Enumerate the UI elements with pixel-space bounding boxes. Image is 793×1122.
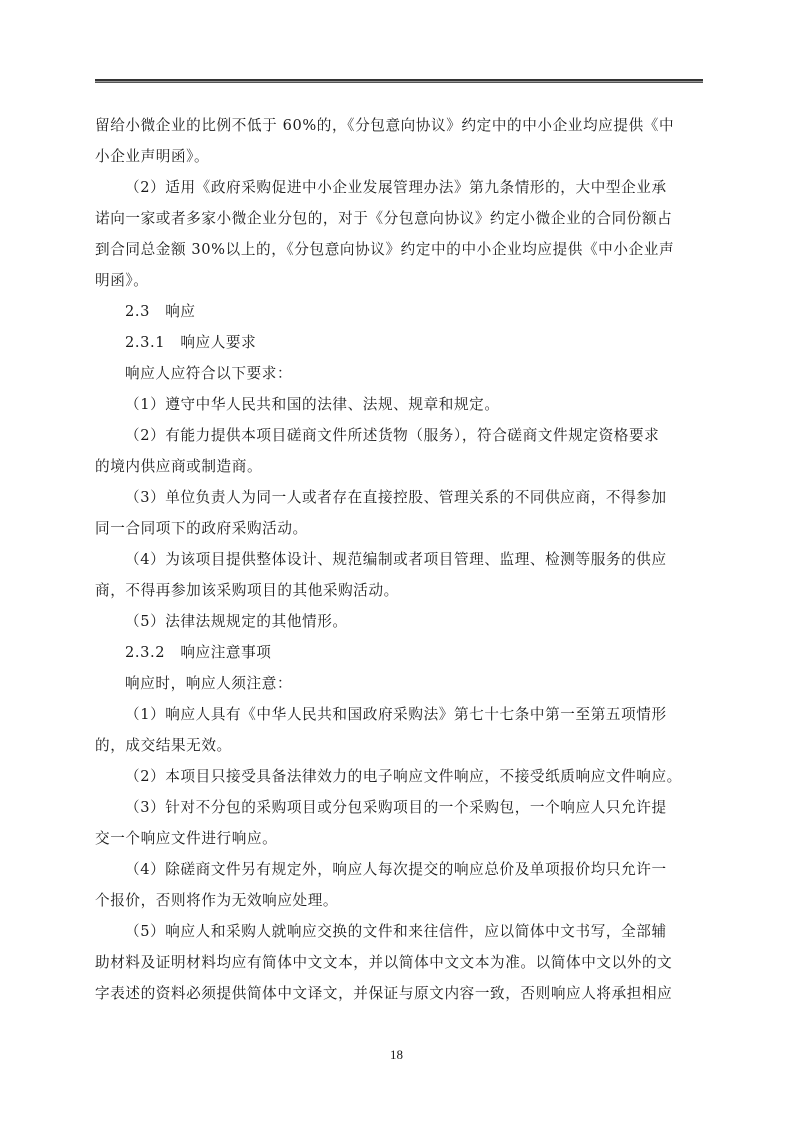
text-line: 诺向一家或者多家小微企业分包的，对于《分包意向协议》约定小微企业的合同份额占 [95,203,703,234]
text-line: 个报价，否则将作为无效响应处理。 [95,885,703,916]
list-item: （3）单位负责人为同一人或者存在直接控股、管理关系的不同供应商，不得参加 [95,482,703,513]
text-line: 响应人应符合以下要求： [95,358,703,389]
list-item: （1）遵守中华人民共和国的法律、法规、规章和规定。 [95,389,703,420]
list-item: （1）响应人具有《中华人民共和国政府采购法》第七十七条中第一至第五项情形 [95,699,703,730]
text-line: 字表述的资料必须提供简体中文译文，并保证与原文内容一致，否则响应人将承担相应 [95,978,703,1009]
list-item: （2）本项目只接受具备法律效力的电子响应文件响应，不接受纸质响应文件响应。 [95,761,703,792]
text-line: 助材料及证明材料均应有简体中文文本，并以简体中文文本为准。以简体中文以外的文 [95,947,703,978]
header-rule [95,79,703,83]
section-heading-2-3-1: 2.3.1 响应人要求 [95,327,703,358]
text-line: 商，不得再参加该采购项目的其他采购活动。 [95,575,703,606]
text-line: 留给小微企业的比例不低于 60%的，《分包意向协议》约定中的中小企业均应提供《中 [95,110,703,141]
list-item: （2）有能力提供本项目磋商文件所述货物（服务），符合磋商文件规定资格要求 [95,420,703,451]
text-line: 明函》。 [95,265,703,296]
list-item: （4）为该项目提供整体设计、规范编制或者项目管理、监理、检测等服务的供应 [95,544,703,575]
document-body: 留给小微企业的比例不低于 60%的，《分包意向协议》约定中的中小企业均应提供《中… [95,110,703,1009]
section-heading-2-3-2: 2.3.2 响应注意事项 [95,637,703,668]
text-line: 响应时，响应人须注意： [95,668,703,699]
paragraph-item-2: （2）适用《政府采购促进中小企业发展管理办法》第九条情形的，大中型企业承 [95,172,703,203]
text-line: 同一合同项下的政府采购活动。 [95,513,703,544]
text-line: 交一个响应文件进行响应。 [95,823,703,854]
list-item: （5）法律法规规定的其他情形。 [95,606,703,637]
text-line: 的，成交结果无效。 [95,730,703,761]
text-line: 的境内供应商或制造商。 [95,451,703,482]
list-item: （4）除磋商文件另有规定外，响应人每次提交的响应总价及单项报价均只允许一 [95,854,703,885]
list-item: （5）响应人和采购人就响应交换的文件和来往信件，应以简体中文书写，全部辅 [95,916,703,947]
page-number: 18 [0,1047,793,1063]
list-item: （3）针对不分包的采购项目或分包采购项目的一个采购包，一个响应人只允许提 [95,792,703,823]
text-line: 到合同总金额 30%以上的，《分包意向协议》约定中的中小企业均应提供《中小企业声 [95,234,703,265]
section-heading-2-3: 2.3 响应 [95,296,703,327]
text-line: 小企业声明函》。 [95,141,703,172]
